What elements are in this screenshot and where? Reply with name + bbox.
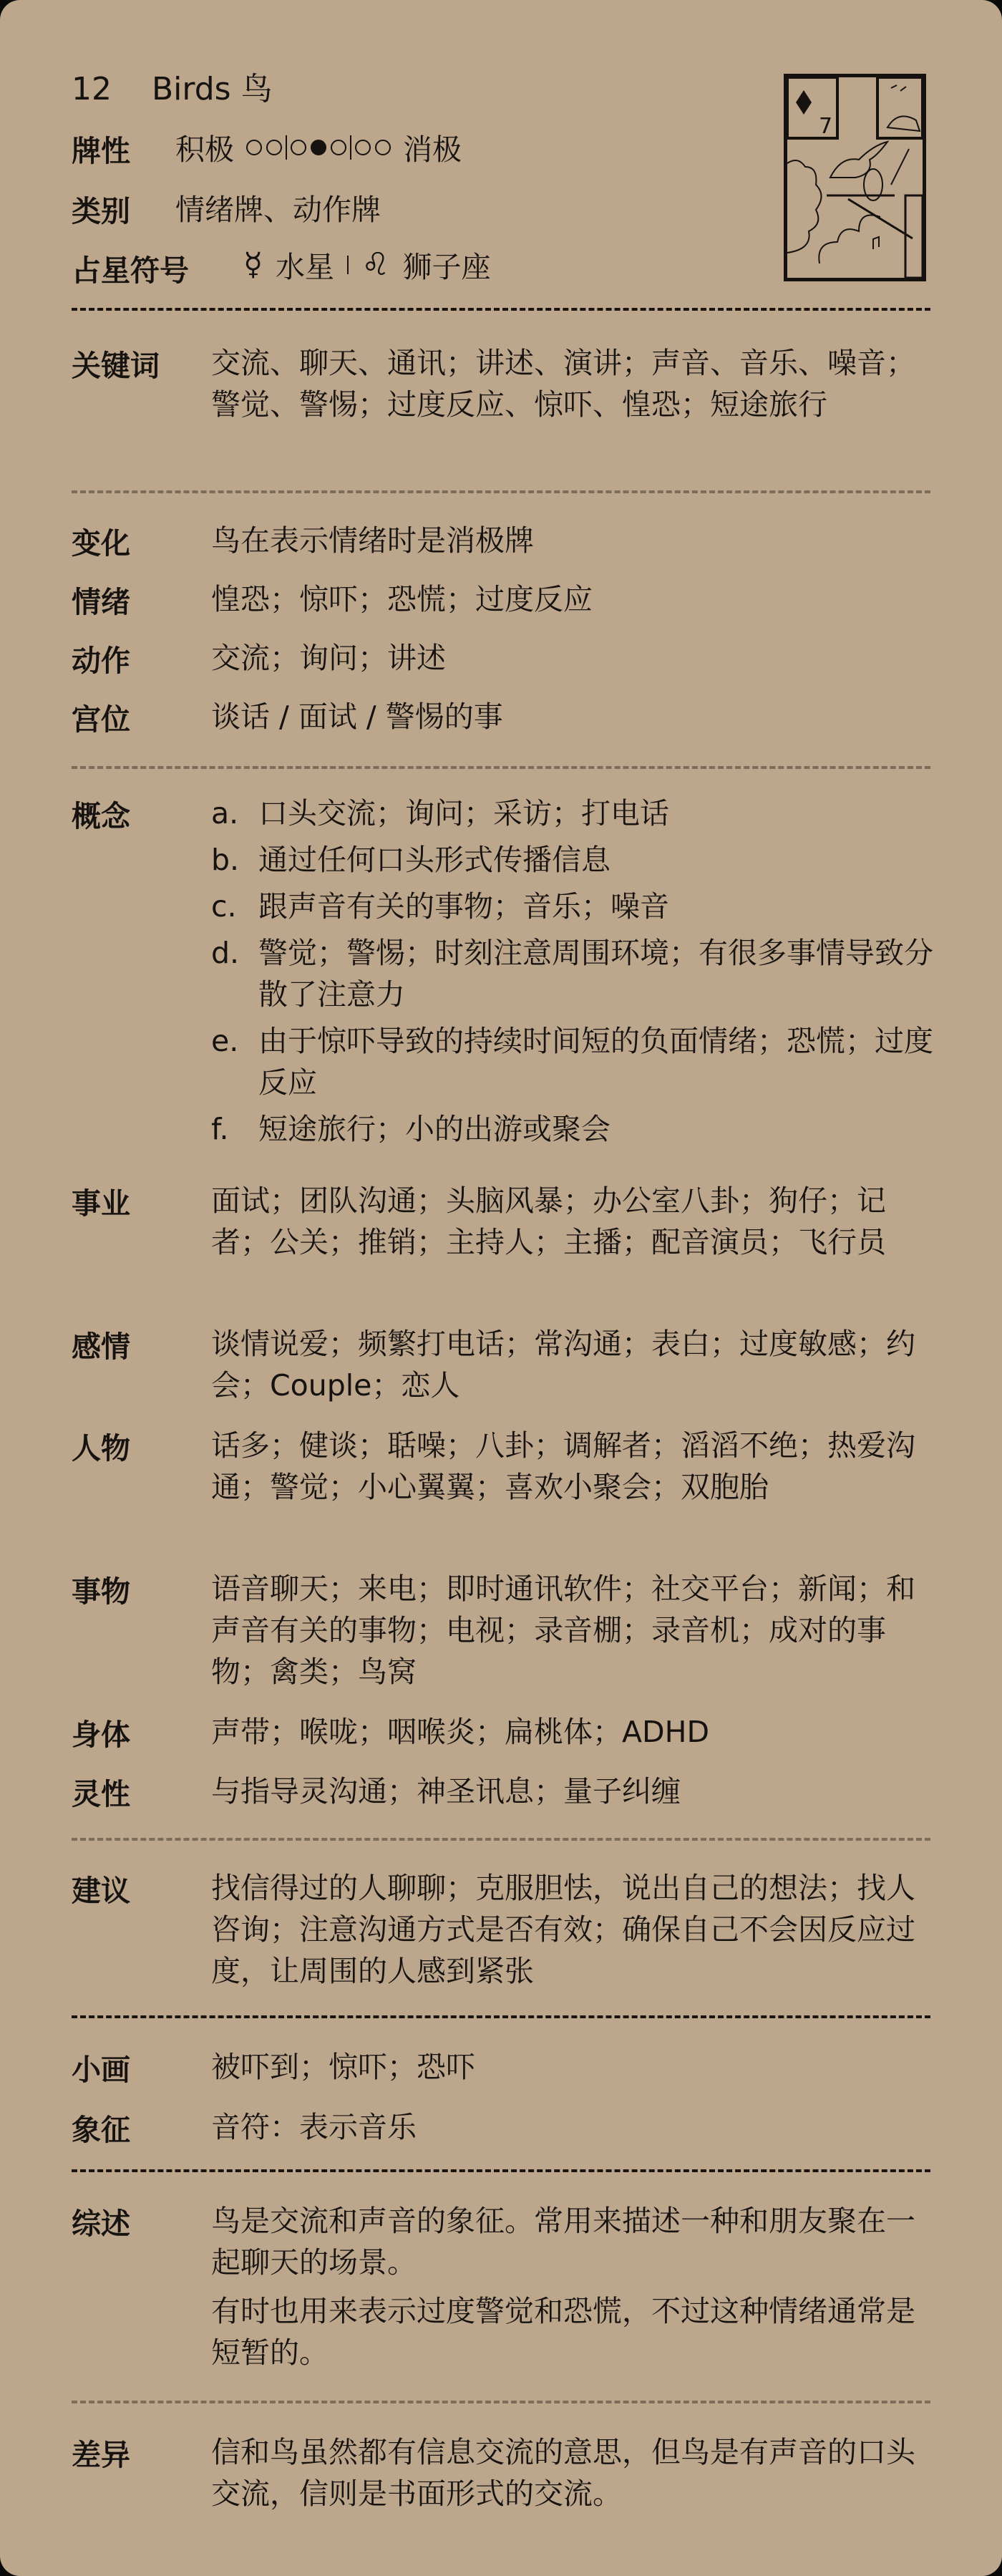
concept-list: a.口头交流；询问；采访；打电话 b.通过任何口头形式传播信息 c.跟声音有关的… bbox=[211, 793, 934, 1150]
spirit-value: 与指导灵沟通；神圣讯息；量子纠缠 bbox=[211, 1771, 934, 1812]
divider bbox=[72, 766, 930, 769]
person-value: 话多；健谈；聒噪；八卦；调解者；滔滔不绝；热爱沟通；警觉；小心翼翼；喜欢小聚会；… bbox=[211, 1425, 934, 1508]
small-picture-value: 被吓到；惊吓；恐吓 bbox=[211, 2046, 934, 2088]
polarity-right: 消极 bbox=[403, 126, 462, 168]
category-value: 情绪牌、动作牌 bbox=[175, 186, 381, 228]
action-value: 交流；询问；讲述 bbox=[211, 637, 934, 679]
summary-paragraph: 鸟是交流和声音的象征。常用来描述一种和朋友聚在一起聊天的场景。 bbox=[211, 2200, 934, 2283]
mercury-icon: ☿ bbox=[243, 246, 263, 283]
emotion-value: 惶恐；惊吓；恐慌；过度反应 bbox=[211, 578, 934, 620]
polarity-scale bbox=[244, 135, 393, 160]
scale-dot-empty bbox=[291, 140, 306, 155]
card-name-cn: 鸟 bbox=[241, 71, 273, 107]
concept-item: b.通过任何口头形式传播信息 bbox=[211, 839, 934, 881]
keywords-label: 关键词 bbox=[72, 342, 160, 384]
svg-text:7: 7 bbox=[819, 114, 832, 139]
divider bbox=[72, 490, 930, 493]
scale-dot-empty bbox=[246, 140, 262, 155]
difference-value: 信和鸟虽然都有信息交流的意思，但鸟是有声音的口头交流，信则是书面形式的交流。 bbox=[211, 2431, 934, 2514]
symbol-label: 象征 bbox=[72, 2106, 130, 2149]
action-label: 动作 bbox=[72, 637, 130, 679]
career-value: 面试；团队沟通；头脑风暴；办公室八卦；狗仔；记者；公关；推销；主持人；主播；配音… bbox=[211, 1180, 934, 1263]
astrology-divider bbox=[347, 256, 349, 274]
small-picture-label: 小画 bbox=[72, 2046, 130, 2088]
concept-item: a.口头交流；询问；采访；打电话 bbox=[211, 793, 934, 834]
love-value: 谈情说爱；频繁打电话；常沟通；表白；过度敏感；约会；Couple；恋人 bbox=[211, 1323, 934, 1406]
card-info-page: 12 Birds 鸟 牌性 积极 消极 类别 情绪牌、动作牌 占星符号 ☿ 水星… bbox=[0, 0, 1002, 2576]
card-name-en: Birds bbox=[152, 71, 231, 107]
concept-item: e.由于惊吓导致的持续时间短的负面情绪；恐慌；过度反应 bbox=[211, 1020, 934, 1103]
polarity-scale-row: 积极 消极 bbox=[175, 126, 462, 168]
scale-dot-empty bbox=[375, 140, 391, 155]
summary-label: 综述 bbox=[72, 2200, 130, 2242]
body-value: 声带；喉咙；咽喉炎；扁桃体；ADHD bbox=[211, 1711, 934, 1753]
career-label: 事业 bbox=[72, 1180, 130, 1222]
scale-dot-empty bbox=[355, 140, 371, 155]
concept-item: d.警觉；警惕；时刻注意周围环境；有很多事情导致分散了注意力 bbox=[211, 932, 934, 1015]
divider bbox=[72, 2015, 930, 2018]
person-label: 人物 bbox=[72, 1425, 130, 1467]
advice-value: 找信得过的人聊聊；克服胆怯，说出自己的想法；找人咨询；注意沟通方式是否有效；确保… bbox=[211, 1867, 934, 1992]
things-label: 事物 bbox=[72, 1568, 130, 1610]
scale-dot-filled bbox=[311, 140, 326, 155]
category-label: 类别 bbox=[72, 188, 130, 230]
spirit-label: 灵性 bbox=[72, 1771, 130, 1813]
advice-label: 建议 bbox=[72, 1867, 130, 1909]
polarity-left: 积极 bbox=[175, 126, 234, 168]
card-title: 12 Birds 鸟 bbox=[72, 63, 273, 109]
scale-dot-empty bbox=[331, 140, 346, 155]
body-label: 身体 bbox=[72, 1711, 130, 1753]
concept-item: f.短途旅行；小的出游或聚会 bbox=[211, 1108, 934, 1150]
sign-name: 狮子座 bbox=[402, 243, 490, 286]
difference-label: 差异 bbox=[72, 2431, 130, 2474]
scale-divider bbox=[350, 135, 351, 160]
emotion-label: 情绪 bbox=[72, 578, 130, 621]
birds-card-art-icon: 7 bbox=[787, 77, 923, 278]
leo-icon: ♌ bbox=[361, 246, 389, 283]
symbol-value: 音符：表示音乐 bbox=[211, 2106, 934, 2148]
concept-label: 概念 bbox=[72, 793, 130, 835]
house-value: 谈话 / 面试 / 警惕的事 bbox=[211, 696, 934, 737]
divider bbox=[72, 308, 930, 311]
divider bbox=[72, 2401, 930, 2403]
polarity-label: 牌性 bbox=[72, 127, 130, 170]
change-value: 鸟在表示情绪时是消极牌 bbox=[211, 520, 934, 561]
divider bbox=[72, 2169, 930, 2172]
things-value: 语音聊天；来电；即时通讯软件；社交平台；新闻；和声音有关的事物；电视；录音棚；录… bbox=[211, 1568, 934, 1693]
scale-dot-empty bbox=[266, 140, 282, 155]
diamond-suit-icon bbox=[796, 90, 812, 115]
keywords-value: 交流、聊天、通讯；讲述、演讲；声音、音乐、噪音；警觉、警惕；过度反应、惊吓、惶恐… bbox=[211, 342, 934, 425]
astrology-value: ☿ 水星 ♌ 狮子座 bbox=[243, 243, 490, 286]
planet-name: 水星 bbox=[276, 243, 334, 286]
concept-item: c.跟声音有关的事物；音乐；噪音 bbox=[211, 886, 934, 927]
love-label: 感情 bbox=[72, 1323, 130, 1365]
summary-paragraph: 有时也用来表示过度警觉和恐慌，不过这种情绪通常是短暂的。 bbox=[211, 2290, 934, 2373]
card-illustration: 7 bbox=[784, 74, 926, 281]
card-number: 12 bbox=[72, 71, 112, 107]
change-label: 变化 bbox=[72, 520, 130, 562]
house-label: 宫位 bbox=[72, 696, 130, 738]
astrology-label: 占星符号 bbox=[72, 247, 189, 289]
divider bbox=[72, 1838, 930, 1841]
summary-value: 鸟是交流和声音的象征。常用来描述一种和朋友聚在一起聊天的场景。 有时也用来表示过… bbox=[211, 2200, 934, 2378]
scale-divider bbox=[286, 135, 287, 160]
